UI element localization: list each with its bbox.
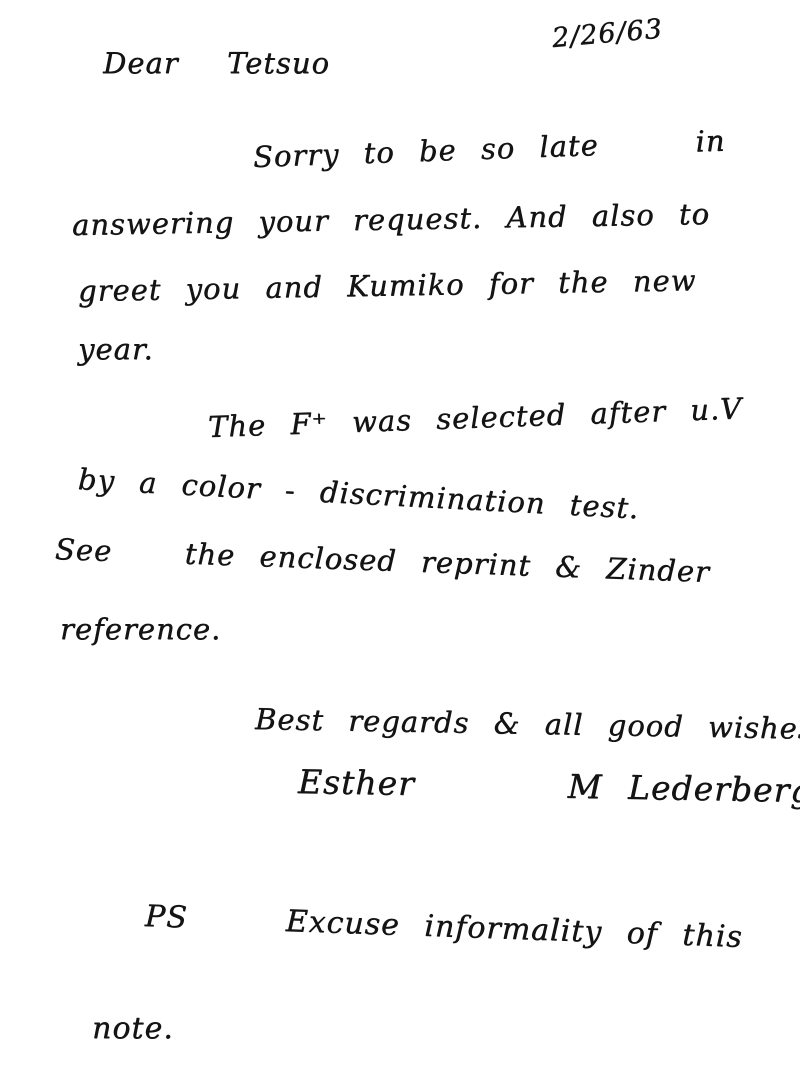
body-paragraph1-line1: Sorry to be so late in <box>252 126 726 174</box>
body-paragraph1-line3: greet you and Kumiko for the new <box>78 265 697 308</box>
letter-signature: Esther M Lederberg <box>298 764 800 809</box>
body-paragraph1-line4: year. <box>78 334 154 366</box>
postscript-line1: PS Excuse informality of this <box>144 900 743 954</box>
letter-closing: Best regards & all good wishes. <box>255 704 800 746</box>
body-paragraph2-line3: See the enclosed reprint & Zinder <box>54 534 710 589</box>
body-paragraph2-line1: The F⁺ was selected after u.V <box>207 393 742 444</box>
letter-page: 2/26/63 Dear Tetsuo Sorry to be so late … <box>0 0 800 1076</box>
letter-salutation: Dear Tetsuo <box>103 48 330 80</box>
postscript-line2: note. <box>92 1012 174 1045</box>
body-paragraph2-line4: reference. <box>60 614 221 646</box>
body-paragraph1-line2: answering your request. And also to <box>72 199 711 242</box>
letter-date: 2/26/63 <box>551 14 664 53</box>
body-paragraph2-line2: by a color - discrimination test. <box>77 464 640 525</box>
